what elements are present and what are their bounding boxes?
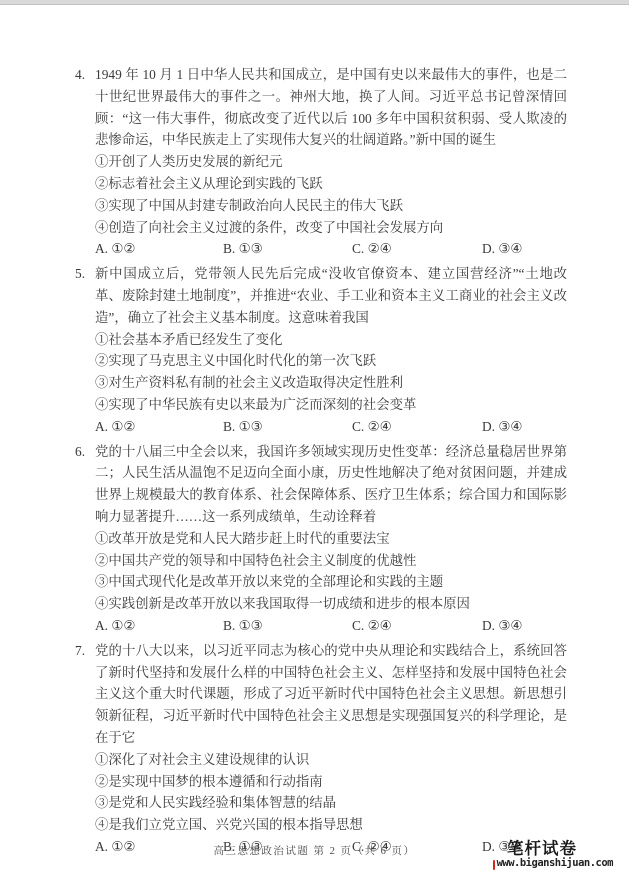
question-number: 5.	[75, 263, 85, 285]
choice-d: D. ③④	[482, 238, 567, 260]
choice-b: B. ①③	[223, 615, 352, 637]
question-number: 4.	[75, 64, 85, 86]
red-seal-icon	[493, 860, 495, 870]
choice-a: A. ①②	[95, 416, 223, 438]
question-item: ①改革开放是党和人民大踏步赶上时代的重要法宝	[95, 528, 567, 550]
question-7: 7. 党的十八大以来，以习近平同志为核心的党中央从理论和实践结合上，系统回答了新…	[75, 640, 567, 858]
choice-a: A. ①②	[95, 238, 223, 260]
question-item: ②是实现中国梦的根本遵循和行动指南	[95, 771, 567, 793]
choice-c: C. ②④	[352, 615, 482, 637]
question-item: ④实现了中华民族有史以来最为广泛而深刻的社会变革	[95, 394, 567, 416]
question-number: 6.	[75, 441, 85, 463]
exam-page-content: 4. 1949 年 10 月 1 日中华人民共和国成立，是中国有史以来最伟大的事…	[75, 64, 567, 861]
question-stem: 1949 年 10 月 1 日中华人民共和国成立，是中国有史以来最伟大的事件，也…	[95, 64, 567, 151]
answer-choices-row: A. ①② B. ①③ C. ②④ D. ③④	[95, 416, 567, 438]
question-item: ①开创了人类历史发展的新纪元	[95, 151, 567, 173]
question-item: ③实现了中国从封建专制政治向人民民主的伟大飞跃	[95, 195, 567, 217]
question-item: ③中国式现代化是改革开放以来党的全部理论和实践的主题	[95, 571, 567, 593]
answer-choices-row: A. ①② B. ①③ C. ②④ D. ③④	[95, 238, 567, 260]
choice-d: D. ③④	[482, 615, 567, 637]
question-item: ②标志着社会主义从理论到实践的飞跃	[95, 173, 567, 195]
choice-c: C. ②④	[352, 238, 482, 260]
question-item: ④是我们立党立国、兴党兴国的根本指导思想	[95, 814, 567, 836]
question-number: 7.	[75, 640, 85, 662]
question-item: ④实践创新是改革开放以来我国取得一切成绩和进步的根本原因	[95, 593, 567, 615]
choice-b: B. ①③	[223, 416, 352, 438]
question-stem: 党的十八届三中全会以来，我国许多领域实现历史性变革：经济总量稳居世界第二；人民生…	[95, 441, 567, 528]
choice-a: A. ①②	[95, 615, 223, 637]
question-item: ③对生产资料私有制的社会主义改造取得决定性胜利	[95, 372, 567, 394]
choice-b: B. ①③	[223, 238, 352, 260]
scan-edge-artifact	[0, 0, 629, 5]
question-item: ③是党和人民实践经验和集体智慧的结晶	[95, 792, 567, 814]
question-item: ④创造了向社会主义过渡的条件，改变了中国社会发展方向	[95, 217, 567, 239]
question-6: 6. 党的十八届三中全会以来，我国许多领域实现历史性变革：经济总量稳居世界第二；…	[75, 441, 567, 637]
question-5: 5. 新中国成立后，党带领人民先后完成“没收官僚资本、建立国营经济”“土地改革、…	[75, 263, 567, 437]
watermark-url: www.biganshijuan.com	[497, 858, 613, 870]
choice-d: D. ③④	[482, 416, 567, 438]
question-stem: 党的十八大以来，以习近平同志为核心的党中央从理论和实践结合上，系统回答了新时代坚…	[95, 640, 567, 749]
question-stem: 新中国成立后，党带领人民先后完成“没收官僚资本、建立国营经济”“土地改革、废除封…	[95, 263, 567, 328]
watermark-title: 笔杆试卷	[507, 840, 613, 858]
question-item: ②中国共产党的领导和中国特色社会主义制度的优越性	[95, 550, 567, 572]
question-4: 4. 1949 年 10 月 1 日中华人民共和国成立，是中国有史以来最伟大的事…	[75, 64, 567, 260]
question-item: ①社会基本矛盾已经发生了变化	[95, 329, 567, 351]
choice-c: C. ②④	[352, 416, 482, 438]
answer-choices-row: A. ①② B. ①③ C. ②④ D. ③④	[95, 615, 567, 637]
question-item: ②实现了马克思主义中国化时代化的第一次飞跃	[95, 350, 567, 372]
watermark: 笔杆试卷 www.biganshijuan.com	[493, 840, 613, 870]
question-item: ①深化了对社会主义建设规律的认识	[95, 749, 567, 771]
